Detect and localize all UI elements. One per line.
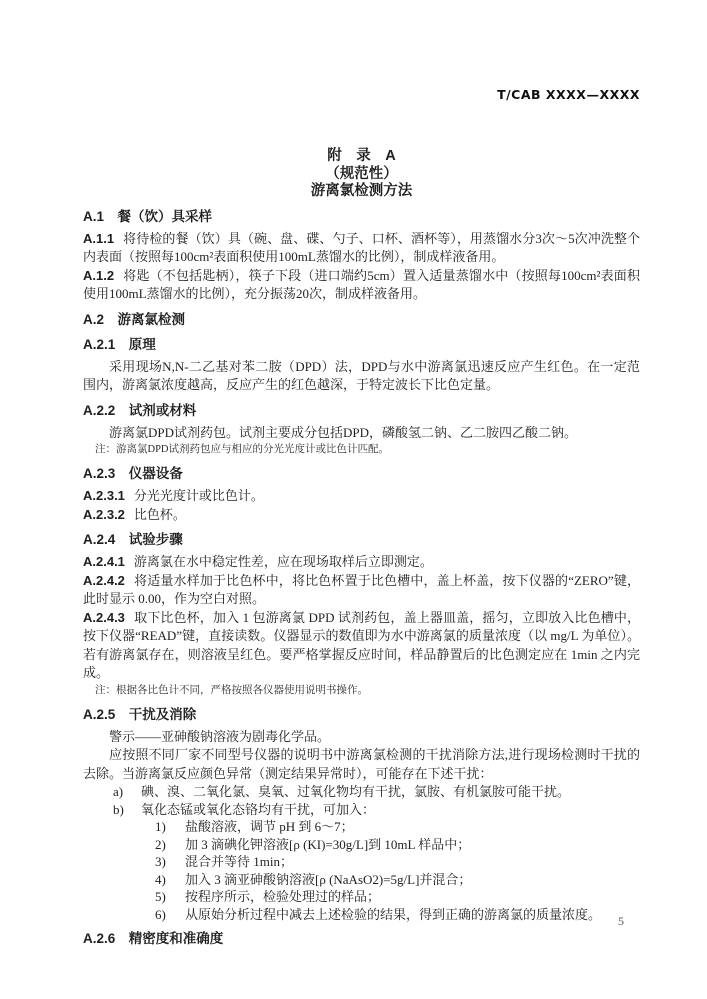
clause-a2-3-2: A.2.3.2比色杯。 xyxy=(83,506,640,525)
clause-a2-5-body: 应按照不同厂家不同型号仪器的说明书中游离氯检测的干扰消除方法,进行现场检测时干扰… xyxy=(83,746,640,783)
clause-a2-1-body: 采用现场N,N-二乙基对苯二胺（DPD）法，DPD与水中游离氯迅速反应产生红色。… xyxy=(83,358,640,395)
clause-a2-4-3: A.2.4.3取下比色杯，加入 1 包游离氯 DPD 试剂药包，盖上器皿盖，摇匀… xyxy=(83,609,640,683)
clause-a1-1-text: 将待检的餐（饮）具（碗、盘、碟、勺子、口杯、酒杯等），用蒸馏水分3次～5次冲洗整… xyxy=(83,231,640,265)
doc-code-header: T/CAB XXXX—XXXX xyxy=(83,86,640,104)
sublist-item-1: 1)盐酸溶液，调节 pH 到 6～7； xyxy=(83,818,640,836)
appendix-title-line3: 游离氯检测方法 xyxy=(83,183,640,201)
clause-a2-4-1-text: 游离氯在水中稳定性差，应在现场取样后立即测定。 xyxy=(134,554,433,569)
clause-a1-2-text: 将匙（不包括匙柄），筷子下段（进口端约5cm）置入适量蒸馏水中（按照每100cm… xyxy=(83,268,640,302)
heading-a2: A.2 游离氯检测 xyxy=(83,310,640,329)
clause-a2-4-3-number: A.2.4.3 xyxy=(83,610,125,625)
sublist-item-1-marker: 1) xyxy=(155,818,185,836)
clause-a2-3-2-text: 比色杯。 xyxy=(134,507,186,522)
clause-a2-3-1-number: A.2.3.1 xyxy=(83,488,125,503)
document-page: T/CAB XXXX—XXXX 附 录 A （规范性） 游离氯检测方法 A.1 … xyxy=(0,0,707,999)
heading-a2-6: A.2.6 精密度和准确度 xyxy=(83,929,640,948)
sublist-item-4-text: 加入 3 滴亚砷酸钠溶液[ρ (NaAsO2)=5g/L]并混合； xyxy=(185,871,471,889)
sublist-item-2-marker: 2) xyxy=(155,836,185,854)
clause-a2-3-2-number: A.2.3.2 xyxy=(83,507,125,522)
sublist-item-5-marker: 5) xyxy=(155,888,185,906)
sublist-item-3-marker: 3) xyxy=(155,853,185,871)
clause-a2-4-3-text: 取下比色杯，加入 1 包游离氯 DPD 试剂药包，盖上器皿盖，摇匀，立即放入比色… xyxy=(83,610,640,681)
clause-a2-4-1-number: A.2.4.1 xyxy=(83,554,125,569)
appendix-title: 附 录 A （规范性） 游离氯检测方法 xyxy=(83,148,640,201)
list-item-b-text: 氧化态锰或氧化态铬均有干扰，可加入： xyxy=(141,801,375,819)
clause-a2-2-body: 游离氯DPD试剂药包。试剂主要成分包括DPD，磷酸氢二钠、乙二胺四乙酸二钠。 xyxy=(83,424,640,443)
note-a2-2: 注：游离氯DPD试剂药包应与相应的分光光度计或比色计匹配。 xyxy=(83,442,640,458)
clause-a2-3-1-text: 分光光度计或比色计。 xyxy=(134,488,264,503)
sublist-item-5: 5)按程序所示，检验处理过的样品； xyxy=(83,888,640,906)
heading-a2-2: A.2.2 试剂或材料 xyxy=(83,401,640,420)
clause-a2-4-1: A.2.4.1游离氯在水中稳定性差，应在现场取样后立即测定。 xyxy=(83,553,640,572)
sublist-item-2-text: 加 3 滴碘化钾溶液[ρ (KI)=30g/L]到 10mL 样品中； xyxy=(185,836,470,854)
list-item-b: b)氧化态锰或氧化态铬均有干扰，可加入： xyxy=(83,801,640,819)
list-item-a-marker: a) xyxy=(113,783,141,801)
sublist-item-6: 6)从原始分析过程中减去上述检验的结果，得到正确的游离氯的质量浓度。 xyxy=(83,906,640,924)
clause-a1-2-number: A.1.2 xyxy=(83,268,114,283)
appendix-title-line2: （规范性） xyxy=(83,166,640,184)
sublist-item-4-marker: 4) xyxy=(155,871,185,889)
clause-a1-1: A.1.1将待检的餐（饮）具（碗、盘、碟、勺子、口杯、酒杯等），用蒸馏水分3次～… xyxy=(83,230,640,267)
heading-a2-3: A.2.3 仪器设备 xyxy=(83,464,640,483)
clause-a1-1-number: A.1.1 xyxy=(83,231,114,246)
heading-a1: A.1 餐（饮）具采样 xyxy=(83,207,640,226)
sublist-item-3-text: 混合并等待 1min； xyxy=(185,853,293,871)
appendix-title-line1: 附 录 A xyxy=(83,148,640,166)
sublist-item-5-text: 按程序所示，检验处理过的样品； xyxy=(185,888,380,906)
clause-a2-5-warning: 警示——亚砷酸钠溶液为剧毒化学品。 xyxy=(83,728,640,747)
clause-a2-4-2-text: 将适量水样加于比色杯中，将比色杯置于比色槽中，盖上杯盖，按下仪器的“ZERO”键… xyxy=(83,573,640,607)
clause-a1-2: A.1.2将匙（不包括匙柄），筷子下段（进口端约5cm）置入适量蒸馏水中（按照每… xyxy=(83,267,640,304)
sublist-item-6-marker: 6) xyxy=(155,906,185,924)
clause-a2-4-2-number: A.2.4.2 xyxy=(83,573,125,588)
list-item-a: a)碘、溴、二氧化氯、臭氧、过氧化物均有干扰，氯胺、有机氯胺可能干扰。 xyxy=(83,783,640,801)
page-number: 5 xyxy=(618,914,624,929)
sublist-item-6-text: 从原始分析过程中减去上述检验的结果，得到正确的游离氯的质量浓度。 xyxy=(185,906,601,924)
sublist-item-2: 2)加 3 滴碘化钾溶液[ρ (KI)=30g/L]到 10mL 样品中； xyxy=(83,836,640,854)
sublist-item-1-text: 盐酸溶液，调节 pH 到 6～7； xyxy=(185,818,354,836)
clause-a2-4-2: A.2.4.2将适量水样加于比色杯中，将比色杯置于比色槽中，盖上杯盖，按下仪器的… xyxy=(83,572,640,609)
heading-a2-5: A.2.5 干扰及消除 xyxy=(83,705,640,724)
list-item-b-marker: b) xyxy=(113,801,141,819)
sublist-item-3: 3)混合并等待 1min； xyxy=(83,853,640,871)
list-item-a-text: 碘、溴、二氧化氯、臭氧、过氧化物均有干扰，氯胺、有机氯胺可能干扰。 xyxy=(141,783,570,801)
note-a2-4: 注：根据各比色计不同，严格按照各仪器使用说明书操作。 xyxy=(83,683,640,699)
heading-a2-1: A.2.1 原理 xyxy=(83,335,640,354)
sublist-item-4: 4)加入 3 滴亚砷酸钠溶液[ρ (NaAsO2)=5g/L]并混合； xyxy=(83,871,640,889)
heading-a2-4: A.2.4 试验步骤 xyxy=(83,530,640,549)
clause-a2-3-1: A.2.3.1分光光度计或比色计。 xyxy=(83,487,640,506)
